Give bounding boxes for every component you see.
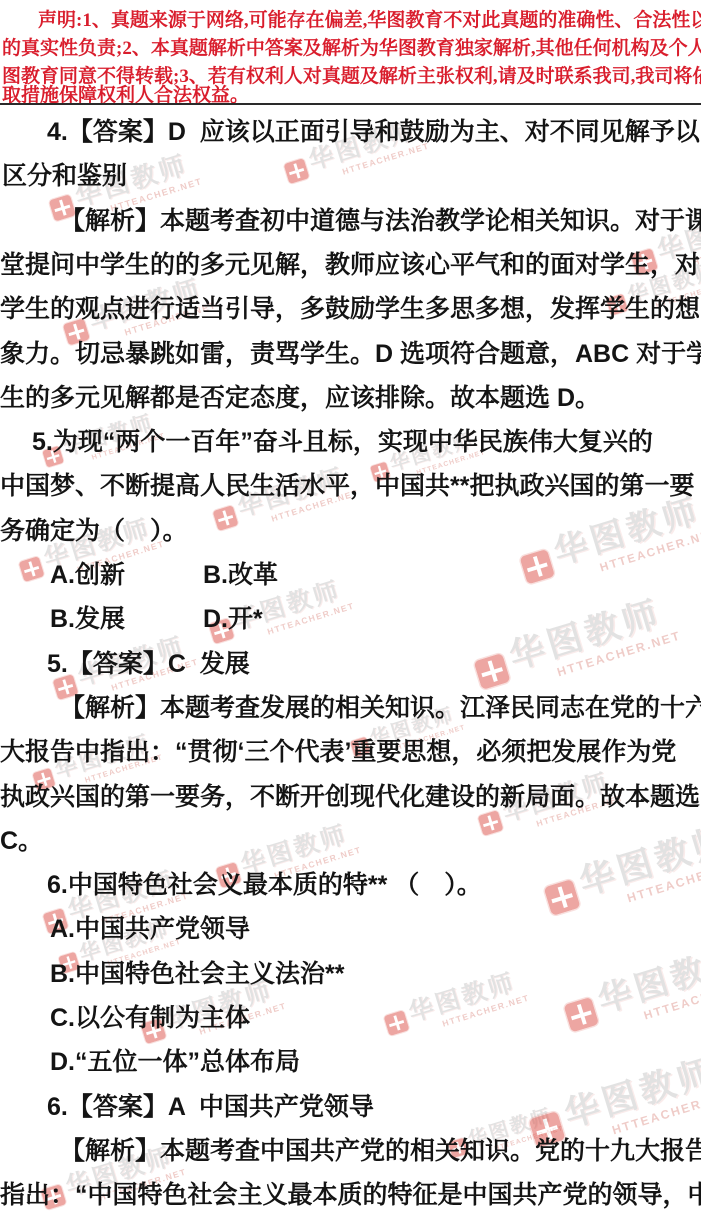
text-line: 学生的观点进行适当引导，多鼓励学生多思多想，发挥学生的想 — [0, 294, 700, 325]
document-page: 华图教师HTTEACHER.NET华图教师HTTEACHER.NET华图教师HT… — [0, 0, 701, 1218]
text-line: 堂提问中学生的的多元见解，教师应该心平气和的面对学生，对 — [0, 250, 700, 281]
text-line: 【解析】本题考查发展的相关知识。江泽民同志在党的十六 — [60, 693, 701, 724]
text-line: 大报告中指出：“贯彻‘三个代表’重要思想，必须把发展作为党 — [0, 737, 676, 768]
text-line: 6.中国特色社会义最本质的特** （ ）。 — [47, 870, 482, 901]
text-line: 中国梦、不断提高人民生活水平，中国共**把执政兴国的第一要 — [0, 471, 694, 502]
text-line: C.以公有制为主体 — [50, 1003, 250, 1034]
text-line: 5.为现“两个一百年”奋斗且标，实现中华民族伟大复兴的 — [32, 427, 653, 458]
text-line: 【解析】本题考查中国共产党的相关知识。党的十九大报告 — [60, 1136, 701, 1167]
text-line: A.中国共产党领导 — [50, 914, 250, 945]
text-line: B.中国特色社会主义法治** — [50, 959, 344, 990]
text-line: 5.【答案】C 发展 — [47, 649, 250, 680]
text-line: 6.【答案】A 中国共产党领导 — [47, 1092, 374, 1123]
text-line: 象力。切忌暴跳如雷，责骂学生。D 选项符合题意，ABC 对于学 — [0, 339, 701, 370]
text-line: 执政兴国的第一要务，不断开创现代化建设的新局面。故本题选 — [0, 782, 700, 813]
text-line: B.改革 — [203, 560, 278, 591]
text-line: 生的多元见解都是否定态度，应该排除。故本题选 D。 — [0, 383, 600, 414]
text-line: 指出：“中国特色社会主义最本质的特征是中国共产党的领导，中 — [0, 1180, 701, 1211]
text-line: D.开* — [203, 604, 263, 635]
text-line: 务确定为（ ）。 — [0, 516, 188, 547]
text-line: 区分和鉴别 — [2, 161, 127, 192]
text-line: D.“五位一体”总体布局 — [50, 1047, 300, 1078]
text-line: C。 — [0, 826, 43, 857]
text-line: A.创新 — [50, 560, 125, 591]
text-line: 4.【答案】D 应该以正面引导和鼓励为主、对不同见解予以 — [47, 117, 700, 148]
text-line: B.发展 — [50, 604, 125, 635]
text-line: 【解析】本题考查初中道德与法治教学论相关知识。对于课 — [60, 206, 701, 237]
document-content: 4.【答案】D 应该以正面引导和鼓励为主、对不同见解予以区分和鉴别【解析】本题考… — [0, 0, 701, 1218]
